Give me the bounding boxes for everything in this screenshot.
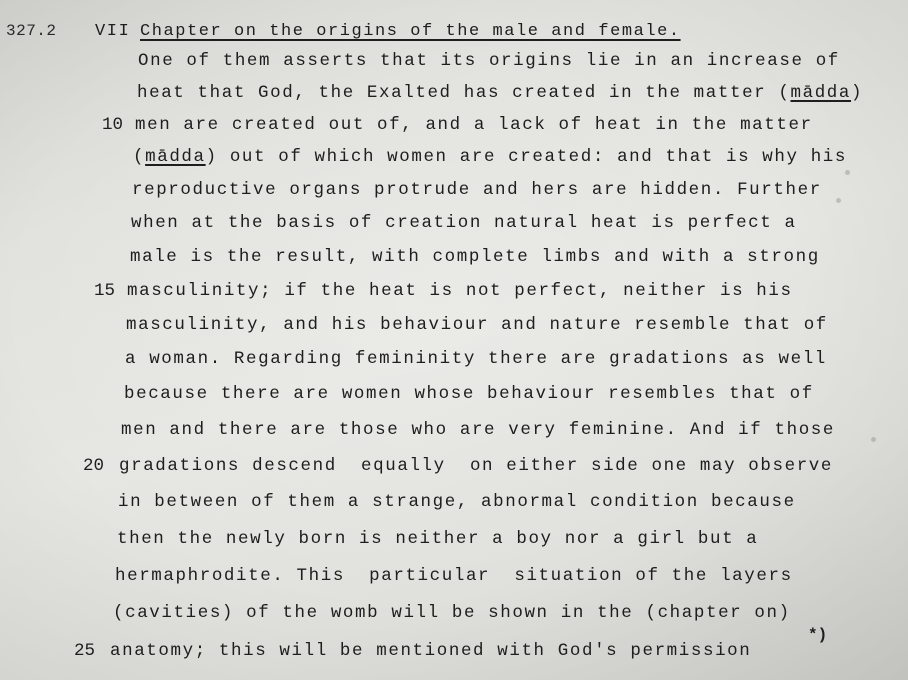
text-line: anatomy; this will be mentioned with God… [110, 643, 751, 661]
text-line: in between of them a strange, abnormal c… [118, 494, 796, 512]
text-line: when at the basis of creation natural he… [131, 215, 797, 233]
line-number: 10 [102, 117, 123, 135]
text-line: (cavities) of the womb will be shown in … [113, 605, 791, 623]
text-line: reproductive organs protrude and hers ar… [132, 182, 822, 200]
text-line: heat that God, the Exalted has created i… [137, 85, 863, 103]
text-line: men and there are those who are very fem… [121, 422, 835, 440]
arabic-term: mādda [791, 83, 852, 103]
typewritten-page: 327.2 VII Chapter on the origins of the … [0, 0, 908, 680]
page-reference: 327.2 [6, 22, 57, 40]
text-line: because there are women whose behaviour … [124, 386, 814, 404]
paper-speck [871, 437, 876, 442]
text-segment: ) [851, 83, 863, 103]
text-line: One of them asserts that its origins lie… [138, 53, 840, 71]
text-line: (mādda) out of which women are created: … [133, 149, 847, 167]
text-line: gradations descend equally on either sid… [119, 458, 833, 476]
arabic-term: mādda [145, 147, 206, 167]
line-number: 25 [74, 643, 95, 661]
footnote-marker: *) [808, 626, 827, 644]
text-segment: ) out of which women are created: and th… [206, 147, 847, 167]
line-number: 20 [83, 458, 104, 476]
text-line: then the newly born is neither a boy nor… [117, 531, 758, 549]
chapter-number: VII [95, 22, 130, 41]
paper-speck [845, 170, 850, 175]
text-line: hermaphrodite. This particular situation… [115, 568, 793, 586]
text-line: men are created out of, and a lack of he… [135, 117, 813, 135]
text-line: masculinity; if the heat is not perfect,… [127, 283, 793, 301]
text-segment: ( [133, 147, 145, 167]
text-segment: heat that God, the Exalted has created i… [137, 83, 791, 103]
line-number: 15 [94, 283, 115, 301]
text-line: a woman. Regarding femininity there are … [125, 351, 827, 369]
chapter-title: Chapter on the origins of the male and f… [140, 22, 681, 41]
text-line: male is the result, with complete limbs … [130, 249, 820, 267]
paper-speck [836, 198, 841, 203]
text-line: masculinity, and his behaviour and natur… [126, 317, 828, 335]
